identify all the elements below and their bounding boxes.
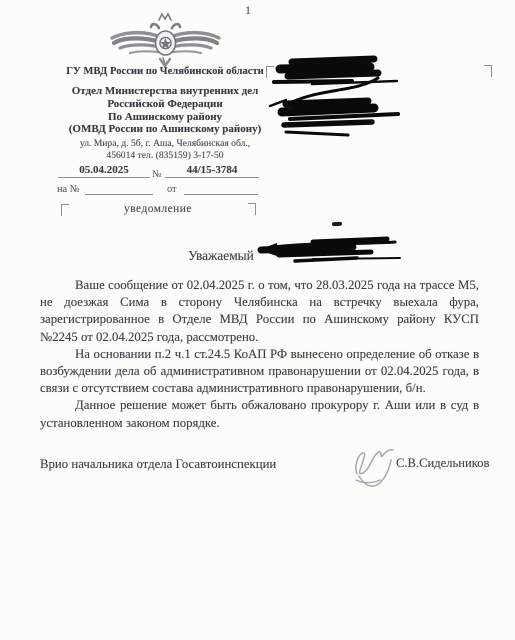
- salutation: Уважаемый: [188, 248, 254, 264]
- ink-dot-artifact: [332, 222, 342, 227]
- page-number: 1: [0, 3, 496, 18]
- reply-number-blank-line: [85, 181, 153, 195]
- letter-date: 05.04.2025: [58, 164, 150, 178]
- body-paragraph-3: Данное решение может быть обжаловано про…: [40, 397, 479, 431]
- body-paragraph-2: На основании п.2 ч.1 ст.24.5 КоАП РФ вын…: [40, 346, 479, 398]
- letter-body: Ваше сообщение от 02.04.2025 г. о том, ч…: [40, 277, 479, 432]
- document-type: уведомление: [62, 203, 254, 215]
- letter-number: 44/15-3784: [165, 164, 259, 178]
- body-paragraph-1: Ваше сообщение от 02.04.2025 г. о том, ч…: [40, 277, 479, 346]
- number-sign: №: [152, 169, 162, 180]
- reply-date-blank-line: [184, 181, 258, 195]
- scanned-letter-page: 1: [0, 0, 515, 640]
- signer-position: Врио начальника отдела Госавтоинспекции: [40, 457, 276, 472]
- recipient-name-redaction-scribble: [255, 234, 405, 275]
- recipient-redaction-scribble: [252, 48, 502, 153]
- signer-name: С.В.Сидельников: [396, 456, 489, 471]
- corner-bracket-right: [248, 203, 256, 215]
- reply-from-label: от: [167, 184, 177, 195]
- reply-to-number-label: на №: [57, 184, 80, 195]
- mvd-emblem-icon: [108, 11, 223, 73]
- handwritten-signature: [350, 444, 402, 501]
